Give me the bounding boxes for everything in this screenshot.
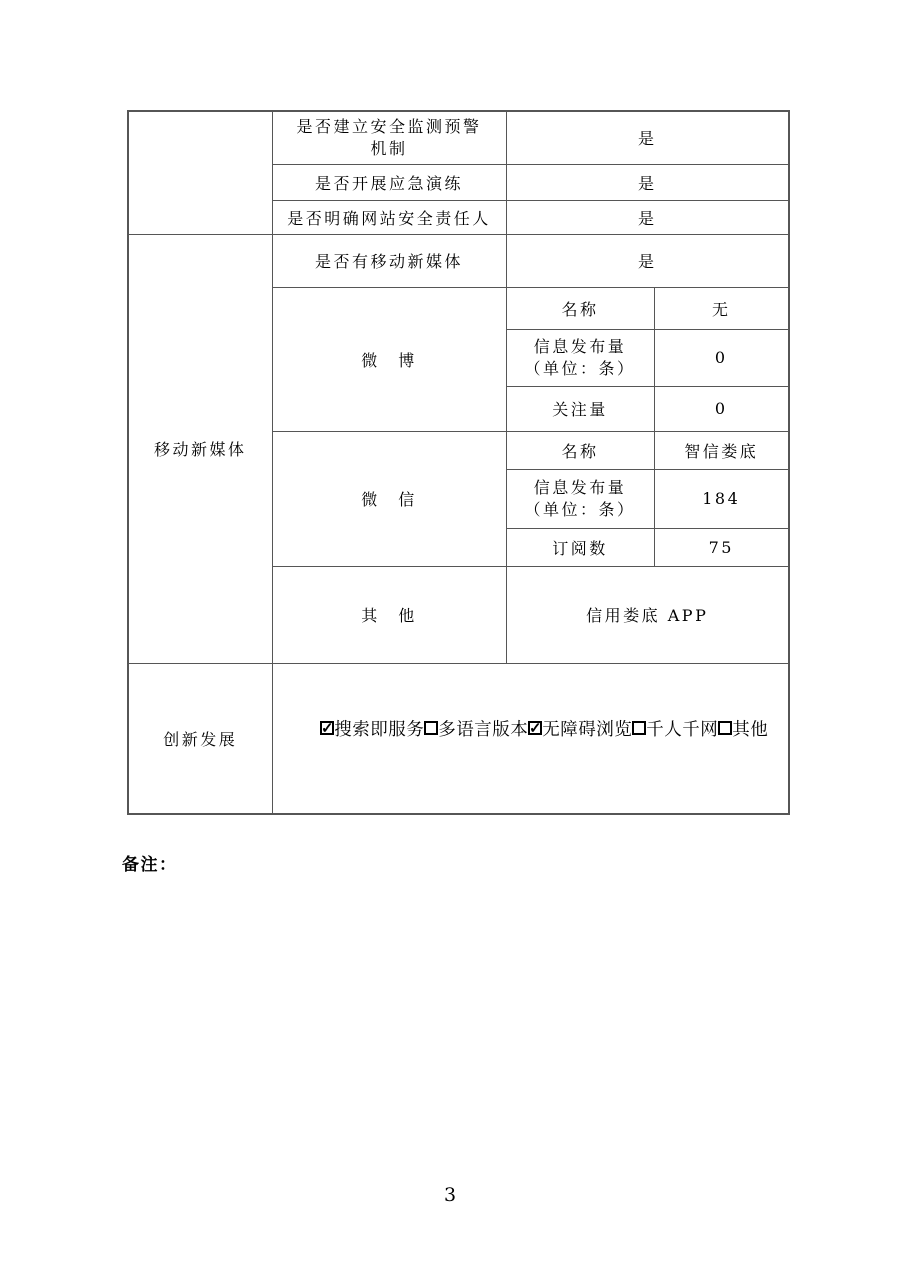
answer-cell: 是	[506, 164, 789, 200]
checkbox-option-label: 搜索即服务	[334, 716, 424, 741]
table-row: 是否建立安全监测预警 机制 是	[128, 111, 789, 164]
question-cell: 是否建立安全监测预警 机制	[272, 111, 506, 164]
checkbox-unchecked-icon	[718, 721, 732, 735]
field-cell: 名称	[506, 431, 654, 469]
question-cell: 是否开展应急演练	[272, 164, 506, 200]
field-cell: 信息发布量 （单位：条）	[506, 469, 654, 528]
value-cell: 0	[654, 329, 789, 386]
checkbox-checked-icon: ✓	[320, 721, 334, 735]
other-label-cell: 其 他	[272, 566, 506, 663]
notes-label: 备注：	[122, 850, 178, 875]
checkbox-option-label: 其他	[732, 716, 768, 741]
wechat-label-cell: 微 信	[272, 431, 506, 566]
value-cell: 0	[654, 386, 789, 431]
field-cell: 信息发布量 （单位：条）	[506, 329, 654, 386]
weibo-label-cell: 微 博	[272, 287, 506, 431]
table-row: 创新发展 ✓搜索即服务多语言版本✓无障碍浏览千人千网其他	[128, 663, 789, 814]
document-page: 是否建立安全监测预警 机制 是 是否开展应急演练 是 是否明确网站安全责任人 是…	[0, 0, 900, 1273]
checkbox-unchecked-icon	[424, 721, 438, 735]
checkbox-option-label: 多语言版本	[438, 716, 528, 741]
answer-cell: 是	[506, 200, 789, 234]
checkbox-option-label: 无障碍浏览	[542, 716, 632, 741]
answer-cell: 是	[506, 234, 789, 287]
field-cell: 名称	[506, 287, 654, 329]
innovation-options-cell: ✓搜索即服务多语言版本✓无障碍浏览千人千网其他	[272, 663, 789, 814]
answer-cell: 是	[506, 111, 789, 164]
section-label-innovation: 创新发展	[128, 663, 272, 814]
value-cell: 智信娄底	[654, 431, 789, 469]
annual-report-table: 是否建立安全监测预警 机制 是 是否开展应急演练 是 是否明确网站安全责任人 是…	[127, 110, 790, 815]
checkbox-unchecked-icon	[632, 721, 646, 735]
page-number: 3	[0, 1184, 900, 1206]
checkbox-option-label: 千人千网	[646, 716, 718, 741]
other-value-cell: 信用娄底 APP	[506, 566, 789, 663]
table-row: 移动新媒体 是否有移动新媒体 是	[128, 234, 789, 287]
question-cell: 是否明确网站安全责任人	[272, 200, 506, 234]
question-cell: 是否有移动新媒体	[272, 234, 506, 287]
value-cell: 75	[654, 528, 789, 566]
field-cell: 订阅数	[506, 528, 654, 566]
checkbox-checked-icon: ✓	[528, 721, 542, 735]
security-section-cell-empty	[128, 111, 272, 234]
value-cell: 无	[654, 287, 789, 329]
field-cell: 关注量	[506, 386, 654, 431]
value-cell: 184	[654, 469, 789, 528]
section-label-mobile-media: 移动新媒体	[128, 234, 272, 663]
innovation-checkbox-line: ✓搜索即服务多语言版本✓无障碍浏览千人千网其他	[287, 716, 790, 741]
